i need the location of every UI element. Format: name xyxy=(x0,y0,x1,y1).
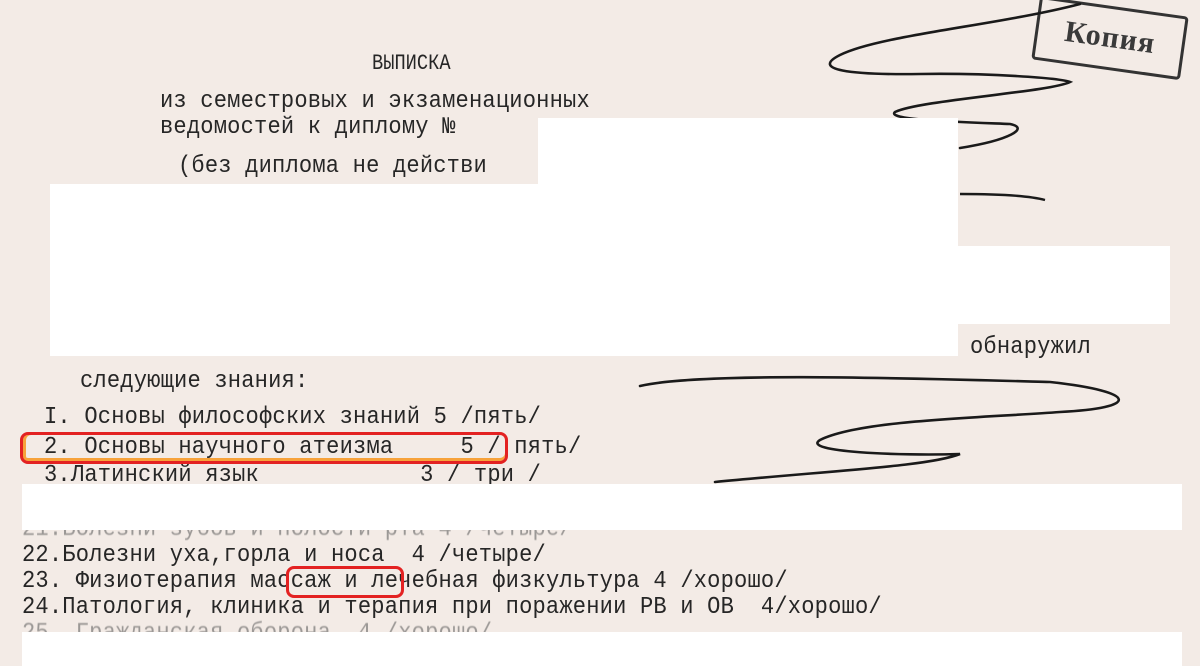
intro-continuation: следующие знания: xyxy=(80,370,308,394)
subject-grade-word: /пять/ xyxy=(461,404,542,431)
subject-name: Болезни уха,горла и носа xyxy=(62,542,384,569)
subject-grade-word: /хорошо/ xyxy=(774,594,881,621)
subject-grade-word: /четыре/ xyxy=(439,542,546,569)
copy-stamp: Копия xyxy=(1031,0,1188,80)
subject-number: 24. xyxy=(22,594,62,621)
subject-grade: 4 xyxy=(761,594,774,621)
subject-number: I. xyxy=(44,404,71,431)
intro-tail: обнаружил xyxy=(970,336,1091,360)
document-title: ВЫПИСКА xyxy=(372,52,451,76)
subtitle-line-1: из семестровых и экзаменационных xyxy=(160,90,590,114)
redaction-block xyxy=(22,632,1182,666)
subject-grade: 4 xyxy=(653,568,666,595)
redaction-block xyxy=(50,184,958,356)
stamp-text: Копия xyxy=(1063,15,1158,61)
subtitle-line-3: (без диплома не действи xyxy=(178,155,487,179)
subject-name: Основы философских знаний xyxy=(84,404,420,431)
highlight-massage xyxy=(286,566,404,598)
subject-grade-word: /хорошо/ xyxy=(680,568,787,595)
redaction-block xyxy=(958,246,1170,324)
subject-grade: 5 xyxy=(434,404,447,431)
redaction-block xyxy=(22,484,1182,530)
subject-grade: 4 xyxy=(412,542,425,569)
subject-row: 24.Патология, клиника и терапия при пора… xyxy=(22,596,882,620)
subject-name: Патология, клиника и терапия при поражен… xyxy=(62,594,734,621)
highlight-atheism xyxy=(20,432,508,464)
subject-row: 23. Физиотерапия массаж и лечебная физку… xyxy=(22,570,788,594)
subject-number: 22. xyxy=(22,542,62,569)
subject-row: 22.Болезни уха,горла и носа 4 /четыре/ xyxy=(22,544,546,568)
subtitle-line-2: ведомостей к диплому № xyxy=(160,116,456,140)
document-page: Копия ВЫПИСКА из семестровых и экзаменац… xyxy=(0,0,1200,666)
subject-number: 23. xyxy=(22,568,62,595)
subject-row: I. Основы философских знаний 5 /пять/ xyxy=(44,406,541,430)
